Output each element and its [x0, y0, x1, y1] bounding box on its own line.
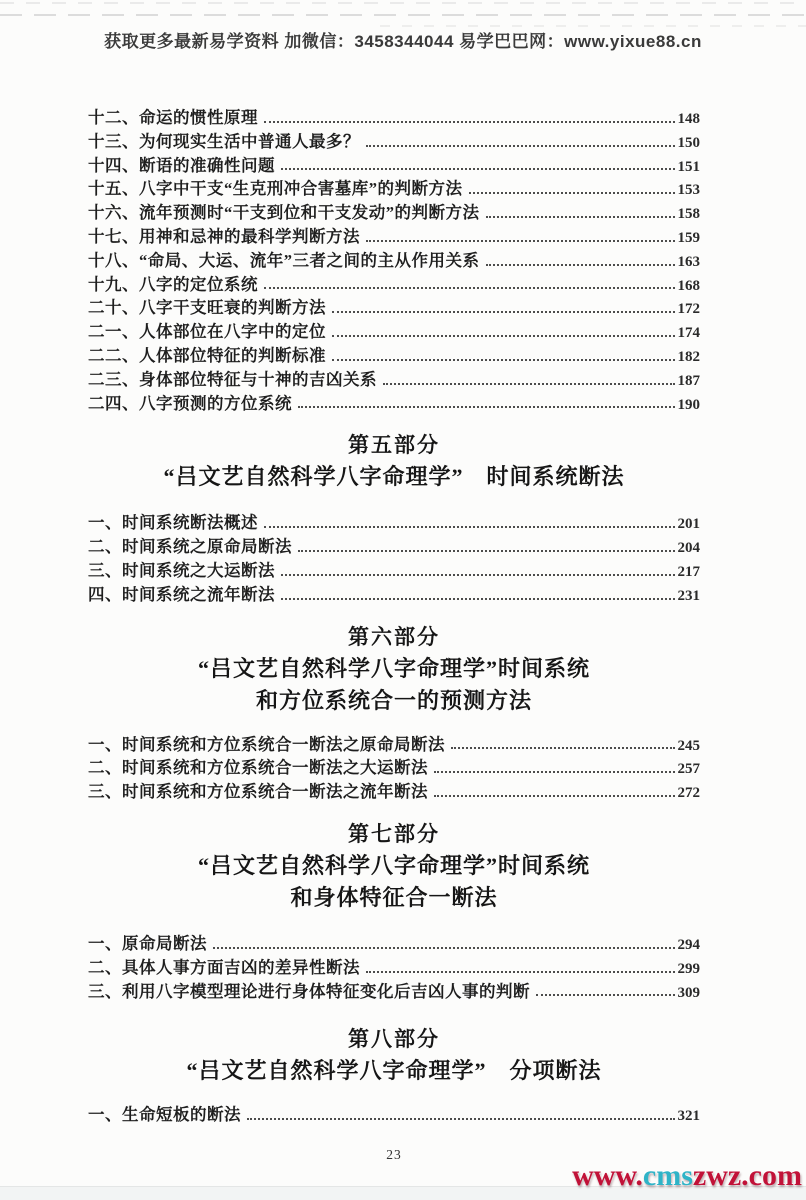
dot-leader: [264, 287, 675, 289]
toc-entry-page: 299: [678, 961, 701, 978]
dot-leader: [536, 994, 675, 996]
section-subtitle: “吕文艺自然科学八字命理学”时间系统: [88, 850, 700, 882]
dot-leader: [281, 168, 675, 170]
toc-entry-page: 231: [678, 588, 701, 605]
dot-leader: [366, 240, 675, 242]
dot-leader: [281, 598, 675, 600]
toc-entry-page: 309: [678, 985, 701, 1002]
toc-entry: 十六、流年预测时“干支到位和干支发动”的判断方法158: [88, 199, 700, 223]
toc-entry: 三、时间系统和方位系统合一断法之流年断法272: [88, 778, 700, 802]
watermark-url-part: cms: [643, 1159, 693, 1192]
toc-entry-title: 一、时间系统和方位系统合一断法之原命局断法: [88, 731, 445, 755]
toc-entry: 十二、命运的惯性原理148: [88, 104, 700, 128]
toc-entry-title: 二、时间系统和方位系统合一断法之大运断法: [88, 754, 428, 778]
watermark-url-part: www.: [572, 1159, 643, 1192]
toc-entry-page: 148: [678, 111, 701, 128]
toc-entry-page: 172: [678, 301, 701, 318]
toc-entry: 二十、八字干支旺衰的判断方法172: [88, 294, 700, 318]
toc-page-content: 十二、命运的惯性原理148 十三、为何现实生活中普通人最多？150 十四、断语的…: [88, 104, 700, 1163]
toc-entry: 二、时间系统和方位系统合一断法之大运断法257: [88, 754, 700, 778]
toc-entry: 二、时间系统之原命局断法204: [88, 533, 700, 557]
toc-entry: 二、具体人事方面吉凶的差异性断法299: [88, 954, 700, 978]
toc-list-part8: 一、生命短板的断法321: [88, 1101, 700, 1125]
section-subtitle: “吕文艺自然科学八字命理学” 分项断法: [88, 1055, 700, 1087]
dot-leader: [451, 747, 675, 749]
toc-entry-title: 十五、八字中干支“生克刑冲合害墓库”的判断方法: [88, 175, 463, 199]
toc-entry: 十七、用神和忌神的最科学判断方法159: [88, 223, 700, 247]
toc-entry: 十八、“命局、大运、流年”三者之间的主从作用关系163: [88, 247, 700, 271]
dot-leader: [298, 550, 675, 552]
section-subtitle: “吕文艺自然科学八字命理学” 时间系统断法: [88, 461, 700, 493]
toc-entry-title: 一、生命短板的断法: [88, 1101, 241, 1125]
toc-entry-page: 182: [678, 349, 701, 366]
toc-entry-title: 十四、断语的准确性问题: [88, 152, 275, 176]
toc-entry: 二二、人体部位特征的判断标准182: [88, 342, 700, 366]
section-part-number: 第六部分: [88, 621, 700, 653]
dot-leader: [469, 192, 675, 194]
toc-entry-page: 151: [678, 159, 701, 176]
toc-entry: 二三、身体部位特征与十神的吉凶关系187: [88, 366, 700, 390]
toc-entry-page: 190: [678, 397, 701, 414]
dot-leader: [332, 311, 675, 313]
toc-entry-page: 163: [678, 254, 701, 271]
watermark-url: www.cmszwz.com: [572, 1160, 802, 1192]
toc-entry-title: 十七、用神和忌神的最科学判断方法: [88, 223, 360, 247]
section-heading-part8: 第八部分 “吕文艺自然科学八字命理学” 分项断法: [88, 1023, 700, 1087]
section-part-number: 第七部分: [88, 818, 700, 850]
toc-entry: 一、生命短板的断法321: [88, 1101, 700, 1125]
toc-entry-page: 257: [678, 761, 701, 778]
toc-entry: 一、时间系统和方位系统合一断法之原命局断法245: [88, 731, 700, 755]
section-subtitle: 和身体特征合一断法: [88, 882, 700, 914]
watermark-url-part: zwz.com: [693, 1159, 802, 1192]
toc-entry-title: 十六、流年预测时“干支到位和干支发动”的判断方法: [88, 199, 480, 223]
toc-entry-page: 153: [678, 182, 701, 199]
toc-entry: 十四、断语的准确性问题151: [88, 152, 700, 176]
dot-leader: [281, 574, 675, 576]
toc-entry-title: 十八、“命局、大运、流年”三者之间的主从作用关系: [88, 247, 480, 271]
toc-entry-page: 217: [678, 564, 701, 581]
dot-leader: [264, 121, 675, 123]
toc-entry: 二一、人体部位在八字中的定位174: [88, 318, 700, 342]
toc-entry: 二四、八字预测的方位系统190: [88, 390, 700, 414]
toc-entry-title: 一、时间系统断法概述: [88, 509, 258, 533]
toc-entry-title: 三、时间系统之大运断法: [88, 557, 275, 581]
dot-leader: [366, 145, 675, 147]
toc-entry-page: 245: [678, 738, 701, 755]
toc-entry-page: 158: [678, 206, 701, 223]
dot-leader: [247, 1118, 675, 1120]
toc-entry-title: 十二、命运的惯性原理: [88, 104, 258, 128]
toc-entry-title: 二二、人体部位特征的判断标准: [88, 342, 326, 366]
dot-leader: [434, 771, 675, 773]
dot-leader: [332, 359, 675, 361]
toc-entry-page: 201: [678, 516, 701, 533]
section-heading-part7: 第七部分 “吕文艺自然科学八字命理学”时间系统 和身体特征合一断法: [88, 818, 700, 914]
section-part-number: 第五部分: [88, 429, 700, 461]
toc-entry-title: 十九、八字的定位系统: [88, 271, 258, 295]
toc-list-part7: 一、原命局断法294 二、具体人事方面吉凶的差异性断法299 三、利用八字模型理…: [88, 930, 700, 1001]
toc-entry-title: 三、时间系统和方位系统合一断法之流年断法: [88, 778, 428, 802]
dot-leader: [383, 383, 675, 385]
promo-header: 获取更多最新易学资料 加微信：3458344044 易学巴巴网：www.yixu…: [0, 0, 806, 52]
dot-leader: [486, 264, 675, 266]
section-subtitle: “吕文艺自然科学八字命理学”时间系统: [88, 653, 700, 685]
toc-entry-title: 二四、八字预测的方位系统: [88, 390, 292, 414]
toc-entry: 一、时间系统断法概述201: [88, 509, 700, 533]
toc-entry-page: 187: [678, 373, 701, 390]
toc-entry-page: 321: [678, 1108, 701, 1125]
toc-list-part5: 一、时间系统断法概述201 二、时间系统之原命局断法204 三、时间系统之大运断…: [88, 509, 700, 604]
dot-leader: [332, 335, 675, 337]
toc-entry-title: 二一、人体部位在八字中的定位: [88, 318, 326, 342]
toc-entry: 十三、为何现实生活中普通人最多？150: [88, 128, 700, 152]
dot-leader: [486, 216, 675, 218]
toc-entry-page: 294: [678, 937, 701, 954]
toc-entry: 十九、八字的定位系统168: [88, 271, 700, 295]
toc-entry-page: 159: [678, 230, 701, 247]
dot-leader: [434, 795, 675, 797]
toc-entry-page: 272: [678, 785, 701, 802]
toc-entry-page: 174: [678, 325, 701, 342]
toc-entry-page: 204: [678, 540, 701, 557]
toc-entry: 一、原命局断法294: [88, 930, 700, 954]
section-heading-part6: 第六部分 “吕文艺自然科学八字命理学”时间系统 和方位系统合一的预测方法: [88, 621, 700, 717]
toc-entry: 三、利用八字模型理论进行身体特征变化后吉凶人事的判断309: [88, 978, 700, 1002]
toc-entry-title: 二十、八字干支旺衰的判断方法: [88, 294, 326, 318]
section-part-number: 第八部分: [88, 1023, 700, 1055]
toc-entry-page: 150: [678, 135, 701, 152]
dot-leader: [366, 971, 675, 973]
toc-entry-title: 二、具体人事方面吉凶的差异性断法: [88, 954, 360, 978]
toc-entry-title: 十三、为何现实生活中普通人最多？: [88, 128, 360, 152]
dot-leader: [298, 406, 675, 408]
toc-entry-page: 168: [678, 278, 701, 295]
toc-entry: 三、时间系统之大运断法217: [88, 557, 700, 581]
dot-leader: [264, 526, 675, 528]
toc-entry-title: 二、时间系统之原命局断法: [88, 533, 292, 557]
dot-leader: [213, 947, 675, 949]
section-heading-part5: 第五部分 “吕文艺自然科学八字命理学” 时间系统断法: [88, 429, 700, 493]
toc-entry-title: 四、时间系统之流年断法: [88, 581, 275, 605]
toc-entry-title: 一、原命局断法: [88, 930, 207, 954]
toc-entry-title: 二三、身体部位特征与十神的吉凶关系: [88, 366, 377, 390]
toc-entry: 十五、八字中干支“生克刑冲合害墓库”的判断方法153: [88, 175, 700, 199]
toc-list-continued: 十二、命运的惯性原理148 十三、为何现实生活中普通人最多？150 十四、断语的…: [88, 104, 700, 413]
toc-list-part6: 一、时间系统和方位系统合一断法之原命局断法245 二、时间系统和方位系统合一断法…: [88, 731, 700, 802]
toc-entry: 四、时间系统之流年断法231: [88, 581, 700, 605]
toc-entry-title: 三、利用八字模型理论进行身体特征变化后吉凶人事的判断: [88, 978, 530, 1002]
section-subtitle: 和方位系统合一的预测方法: [88, 685, 700, 717]
